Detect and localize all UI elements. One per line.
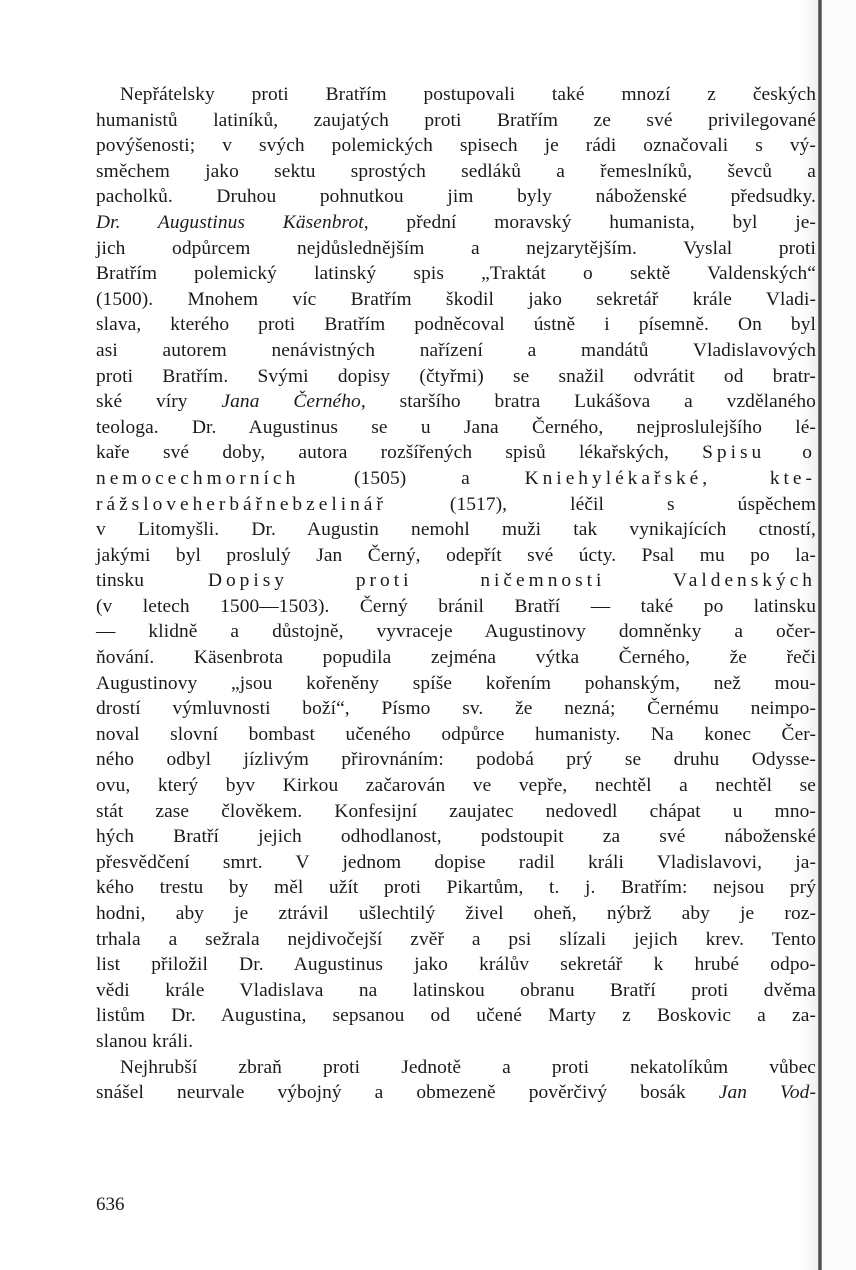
text-line: teologa. Dr. Augustinus se u Jana Černéh… xyxy=(96,415,816,441)
text-line: jakými byl proslulý Jan Černý, odepřít s… xyxy=(96,543,816,569)
spaced-title: Spisu o xyxy=(702,442,816,463)
text-line: kaře své doby, autora rozšířených spisů … xyxy=(96,440,816,466)
page-number: 636 xyxy=(96,1194,125,1216)
text-line: ovu, který byv Kirkou začarován ve vepře… xyxy=(96,773,816,799)
text-line: tinsku Dopisy proti ničemnosti Valdenský… xyxy=(96,568,816,594)
spaced-title: Dopisy proti ničemnosti Valdenských xyxy=(208,570,816,591)
text-line: noval slovní bombast učeného odpůrce hum… xyxy=(96,722,816,748)
text-line: slanou králi. xyxy=(96,1029,816,1055)
text-line: stát zase člověkem. Konfesijní zaujatec … xyxy=(96,799,816,825)
next-page-margin xyxy=(822,0,856,1270)
text-span: (1517), léčil s úspěchem xyxy=(387,494,816,515)
italic-name: Dr. Augustinus Käsenbrot xyxy=(96,212,364,233)
text-line: Nepřátelsky proti Bratřím postupovali ta… xyxy=(96,82,816,108)
text-line: pacholků. Druhou pohnutkou jim byly nábo… xyxy=(96,184,816,210)
text-line: vědi krále Vladislava na latinskou obran… xyxy=(96,978,816,1004)
spaced-title: rážsloveherbářnebzelinář xyxy=(96,494,387,515)
text-line: drostí výmluvnosti boží“, Písmo sv. že n… xyxy=(96,696,816,722)
text-line: Bratřím polemický latinský spis „Traktát… xyxy=(96,261,816,287)
text-line: trhala a sežrala nejdivočejší zvěř a psi… xyxy=(96,927,816,953)
text-line: Nejhrubší zbraň proti Jednotě a proti ne… xyxy=(96,1055,816,1081)
text-line: povýšenosti; v svých polemických spisech… xyxy=(96,133,816,159)
text-line: asi autorem nenávistných nařízení a mand… xyxy=(96,338,816,364)
text-line: slava, kterého proti Bratřím podněcoval … xyxy=(96,312,816,338)
spaced-title: Kniehylékařské, kte- xyxy=(525,468,816,489)
text-line: proti Bratřím. Svými dopisy (čtyřmi) se … xyxy=(96,364,816,390)
text-line: snášel neurvale výbojný a obmezeně pověr… xyxy=(96,1080,816,1106)
text-line: Augustinovy „jsou kořeněny spíše kořením… xyxy=(96,671,816,697)
text-line: jich odpůrcem nejdůslednějším a nejzaryt… xyxy=(96,236,816,262)
text-span: snášel neurvale výbojný a obmezeně pověr… xyxy=(96,1082,719,1103)
spaced-title: nemocechmorních xyxy=(96,468,299,489)
text-span: ské víry xyxy=(96,391,221,412)
text-line: (1500). Mnohem víc Bratřím škodil jako s… xyxy=(96,287,816,313)
text-line: nemocechmorních (1505) a Kniehylékařské,… xyxy=(96,466,816,492)
text-line: směchem jako sektu sprostých sedláků a ř… xyxy=(96,159,816,185)
text-line: hých Bratří jejich odhodlanost, podstoup… xyxy=(96,824,816,850)
text-span: (1505) a xyxy=(299,468,524,489)
italic-name: Jana Černého xyxy=(221,391,360,412)
text-span: , staršího bratra Lukášova a vzdělaného xyxy=(361,391,816,412)
text-line: list přiložil Dr. Augustinus jako králův… xyxy=(96,952,816,978)
text-span: tinsku xyxy=(96,570,208,591)
text-line: (v letech 1500—1503). Černý bránil Bratř… xyxy=(96,594,816,620)
text-line: rážsloveherbářnebzelinář (1517), léčil s… xyxy=(96,492,816,518)
text-line: Dr. Augustinus Käsenbrot, přední moravsk… xyxy=(96,210,816,236)
text-line: ňování. Käsenbrota popudila zejména výtk… xyxy=(96,645,816,671)
italic-name: Jan Vod- xyxy=(719,1082,816,1103)
text-line: kého trestu by měl užít proti Pikartům, … xyxy=(96,875,816,901)
body-text: Nepřátelsky proti Bratřím postupovali ta… xyxy=(96,82,816,1106)
text-line: ného odbyl jízlivým přirovnáním: podobá … xyxy=(96,747,816,773)
text-span: kaře své doby, autora rozšířených spisů … xyxy=(96,442,702,463)
text-line: — klidně a důstojně, vyvraceje Augustino… xyxy=(96,619,816,645)
text-line: humanistů latiníků, zaujatých proti Brat… xyxy=(96,108,816,134)
text-line: přesvědčení smrt. V jednom dopise radil … xyxy=(96,850,816,876)
text-span: , přední moravský humanista, byl je- xyxy=(364,212,816,233)
text-line: v Litomyšli. Dr. Augustin nemohl muži ta… xyxy=(96,517,816,543)
text-line: hodni, aby je ztrávil ušlechtilý živel o… xyxy=(96,901,816,927)
text-line: ské víry Jana Černého, staršího bratra L… xyxy=(96,389,816,415)
text-line: listům Dr. Augustina, sepsanou od učené … xyxy=(96,1003,816,1029)
